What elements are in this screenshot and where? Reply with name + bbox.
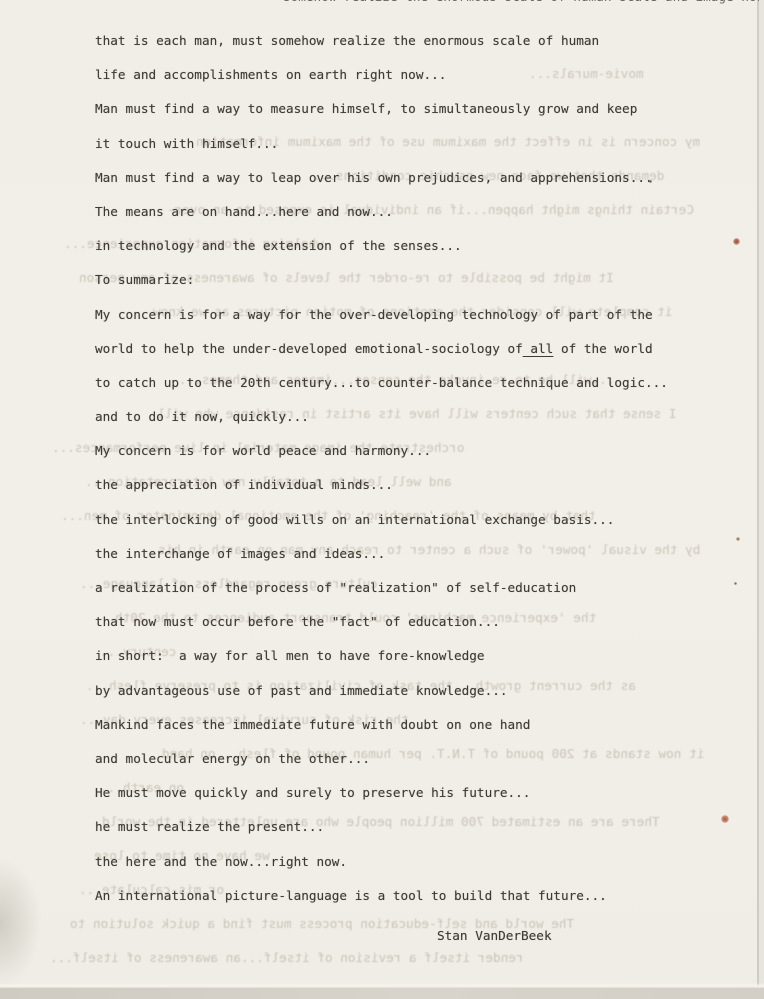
typed-text-segment: To summarize: [95, 272, 194, 287]
typed-line: To summarize: [95, 263, 668, 297]
typed-text-segment: and to do it now, quickly... [95, 409, 309, 424]
typed-line: the interchange of images and ideas... [95, 537, 668, 571]
typed-line: a realization of the process of "realiza… [95, 571, 668, 605]
typed-line: My concern is for a way for the over-dev… [95, 298, 668, 332]
typed-text-segment: to catch up to the 20th century...to cou… [95, 375, 668, 390]
typed-text-segment: Man must find a way to measure himself, … [95, 101, 637, 116]
typed-line: world to help the under-developed emotio… [95, 332, 668, 366]
typed-text-segment: the appreciation of individual minds... [95, 477, 393, 492]
typed-line: he must realize the present... [95, 810, 668, 844]
typed-line: the appreciation of individual minds... [95, 468, 668, 502]
paper-speck [734, 582, 737, 585]
page-curl-shadow [0, 858, 42, 988]
typed-text-segment: and molecular energy on the other... [95, 751, 370, 766]
typed-line: and to do it now, quickly... [95, 400, 668, 434]
typed-text-segment: Mankind faces the immediate future with … [95, 717, 530, 732]
typed-line: by advantageous use of past and immediat… [95, 674, 668, 708]
typed-text-segment: My concern is for world peace and harmon… [95, 443, 431, 458]
typed-line: in technology and the extension of the s… [95, 229, 668, 263]
typed-text-segment: the interchange of images and ideas... [95, 546, 385, 561]
typed-line: in short: a way for all men to have fore… [95, 639, 668, 673]
typed-line: the interlocking of good wills on an int… [95, 503, 668, 537]
typed-line: to catch up to the 20th century...to cou… [95, 366, 668, 400]
typed-text-segment: that is each man, must somehow realize t… [95, 33, 599, 48]
typed-line: that now must occur before the "fact" of… [95, 605, 668, 639]
typed-line: that is each man, must somehow realize t… [95, 24, 668, 58]
paper-speck [733, 238, 740, 245]
paper-speck [736, 537, 740, 541]
bleed-through-line: render itself a revision of itself...an … [50, 948, 524, 968]
typed-line: Man must find a way to measure himself, … [95, 92, 668, 126]
typed-text-segment: The means are on hand...here and now... [95, 204, 393, 219]
typed-line: Man must find a way to leap over his own… [95, 161, 668, 195]
typed-text-segment: the here and the now...right now. [95, 854, 347, 869]
signature: Stan VanDerBeek [437, 926, 552, 946]
typed-text-segment: by advantageous use of past and immediat… [95, 683, 507, 698]
typed-text-segment: An international picture-language is a t… [95, 888, 607, 903]
typed-line: He must move quickly and surely to prese… [95, 776, 668, 810]
typed-text-segment: that now must occur before the "fact" of… [95, 614, 500, 629]
typed-text-segment: he must realize the present... [95, 819, 324, 834]
typed-line: An international picture-language is a t… [95, 879, 668, 913]
typed-line: and molecular energy on the other... [95, 742, 668, 776]
typed-text-segment: a realization of the process of "realiza… [95, 580, 576, 595]
typed-lines: that is each man, must somehow realize t… [95, 24, 668, 913]
page-bottom-edge [0, 983, 764, 988]
page-right-edge-shade [759, 0, 764, 986]
typed-line: it touch with himself... [95, 127, 668, 161]
typed-line: the here and the now...right now. [95, 845, 668, 879]
typed-text-segment: world to help the under-developed emotio… [95, 341, 523, 356]
page: movie-murals...my concern is in effect t… [0, 0, 764, 986]
top-cutoff-line: somehow realize the enormous scale of hu… [283, 0, 761, 5]
scanned-page-background: movie-murals...my concern is in effect t… [0, 0, 764, 999]
typed-line: My concern is for world peace and harmon… [95, 434, 668, 468]
paper-speck [649, 180, 652, 183]
typed-text-segment: Man must find a way to leap over his own… [95, 170, 653, 185]
typed-text-segment: My concern is for a way for the over-dev… [95, 307, 653, 322]
typed-line: Mankind faces the immediate future with … [95, 708, 668, 742]
typed-line: The means are on hand...here and now... [95, 195, 668, 229]
typed-text-segment: the interlocking of good wills on an int… [95, 512, 614, 527]
typed-text-segment: of the world [553, 341, 652, 356]
typed-text-segment: in short: a way for all men to have fore… [95, 648, 485, 663]
underlined-word: all [523, 341, 554, 356]
typed-text-segment: He must move quickly and surely to prese… [95, 785, 530, 800]
typed-text-segment: it touch with himself... [95, 136, 278, 151]
top-cutoff-text: somehow realize the enormous scale of hu… [283, 0, 761, 4]
typed-text-segment: life and accomplishments on earth right … [95, 67, 446, 82]
typed-line: life and accomplishments on earth right … [95, 58, 668, 92]
paper-speck [721, 815, 729, 823]
typed-text-segment: in technology and the extension of the s… [95, 238, 462, 253]
